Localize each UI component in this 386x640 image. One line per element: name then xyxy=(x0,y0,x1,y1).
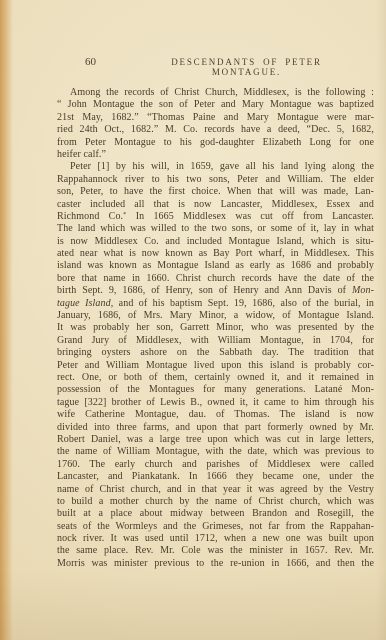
text-line: nock river. It was used until 1712, when… xyxy=(57,533,374,545)
text-line: island was known as Montague Island as e… xyxy=(57,260,374,272)
text-line: tague [322] brother of Lewis B., owned i… xyxy=(57,397,374,409)
text-line: The land which was willed to the two son… xyxy=(57,223,374,235)
text-line: built at a place about midway between Br… xyxy=(57,508,374,520)
page-binding-edge xyxy=(0,0,13,640)
page-right-shading xyxy=(376,0,386,640)
text-line: Peter [1] by his will, in 1659, gave all… xyxy=(57,161,374,173)
page-bottom-shading xyxy=(0,570,386,640)
text-line: “ John Montague the son of Peter and Mar… xyxy=(57,99,374,111)
text-line: bore that name in 1660. Christ church re… xyxy=(57,273,374,285)
text-line: Rappahannock river to his two sons, Pete… xyxy=(57,174,374,186)
text-line: tague Island, and of his baptism Sept. 1… xyxy=(57,298,374,310)
text-line: name of Christ church, and in that year … xyxy=(57,484,374,496)
text-line: caster included all that is now Lancaste… xyxy=(57,199,374,211)
text-line: is now Middlesex Co. and included Montag… xyxy=(57,236,374,248)
text-line: Among the records of Christ Church, Midd… xyxy=(57,87,374,99)
text-line: It was probably her son, Garrett Minor, … xyxy=(57,322,374,334)
text-line: ated near what is now known as Bay Port … xyxy=(57,248,374,260)
text-line: son, Peter, to have the first choice. Wh… xyxy=(57,186,374,198)
paragraph: Peter [1] by his will, in 1659, gave all… xyxy=(57,161,374,570)
scanned-book-page: 60 DESCENDANTS OF PETER MONTAGUE. Among … xyxy=(0,0,386,640)
text-line: Grand Jury of Middlesex, with William Mo… xyxy=(57,335,374,347)
text-line: heifer calf.” xyxy=(57,149,374,161)
text-line: possession of the Montagues for many gen… xyxy=(57,384,374,396)
text-line: January, 1686, of Mrs. Mary Minor, a wid… xyxy=(57,310,374,322)
page-header: 60 DESCENDANTS OF PETER MONTAGUE. xyxy=(57,56,373,70)
text-line: Peter and William Montague lived upon th… xyxy=(57,360,374,372)
text-line: 1760. The early church and parishes of M… xyxy=(57,459,374,471)
text-line: to build a mother church by the name of … xyxy=(57,496,374,508)
text-line: the same place. Rev. Mr. Cole was the mi… xyxy=(57,545,374,557)
page-number: 60 xyxy=(85,56,96,68)
running-title: DESCENDANTS OF PETER MONTAGUE. xyxy=(152,57,341,77)
text-line: Robert Daniel, was a large tree upon whi… xyxy=(57,434,374,446)
text-line: ried 24th Oct., 1682.” M. Co. records ha… xyxy=(57,124,374,136)
text-line: divided into three farms, and upon that … xyxy=(57,422,374,434)
text-line: Lancaster, and Piankatank. In 1666 they … xyxy=(57,471,374,483)
text-line: seats of the Wormleys and the Grimeses, … xyxy=(57,521,374,533)
text-line: Richmond Co.* In 1665 Middlesex was cut … xyxy=(57,211,374,223)
text-line: from Peter Montague to his god-daughter … xyxy=(57,137,374,149)
text-line: the name of William Montague, with the d… xyxy=(57,446,374,458)
text-line: rect. One, or both of them, certainly ow… xyxy=(57,372,374,384)
text-line: birth Sept. 9, 1686, of Henry, son of He… xyxy=(57,285,374,297)
text-line: 21st May, 1682.” “Thomas Paine and Mary … xyxy=(57,112,374,124)
paragraph: Among the records of Christ Church, Midd… xyxy=(57,87,374,161)
text-line: wife Catherine Montague, dau. of Thomas.… xyxy=(57,409,374,421)
page-body: Among the records of Christ Church, Midd… xyxy=(57,87,374,570)
text-line: Morris was minister previous to the re-u… xyxy=(57,558,374,570)
text-line: bringing oysters ashore on the Sabbath d… xyxy=(57,347,374,359)
